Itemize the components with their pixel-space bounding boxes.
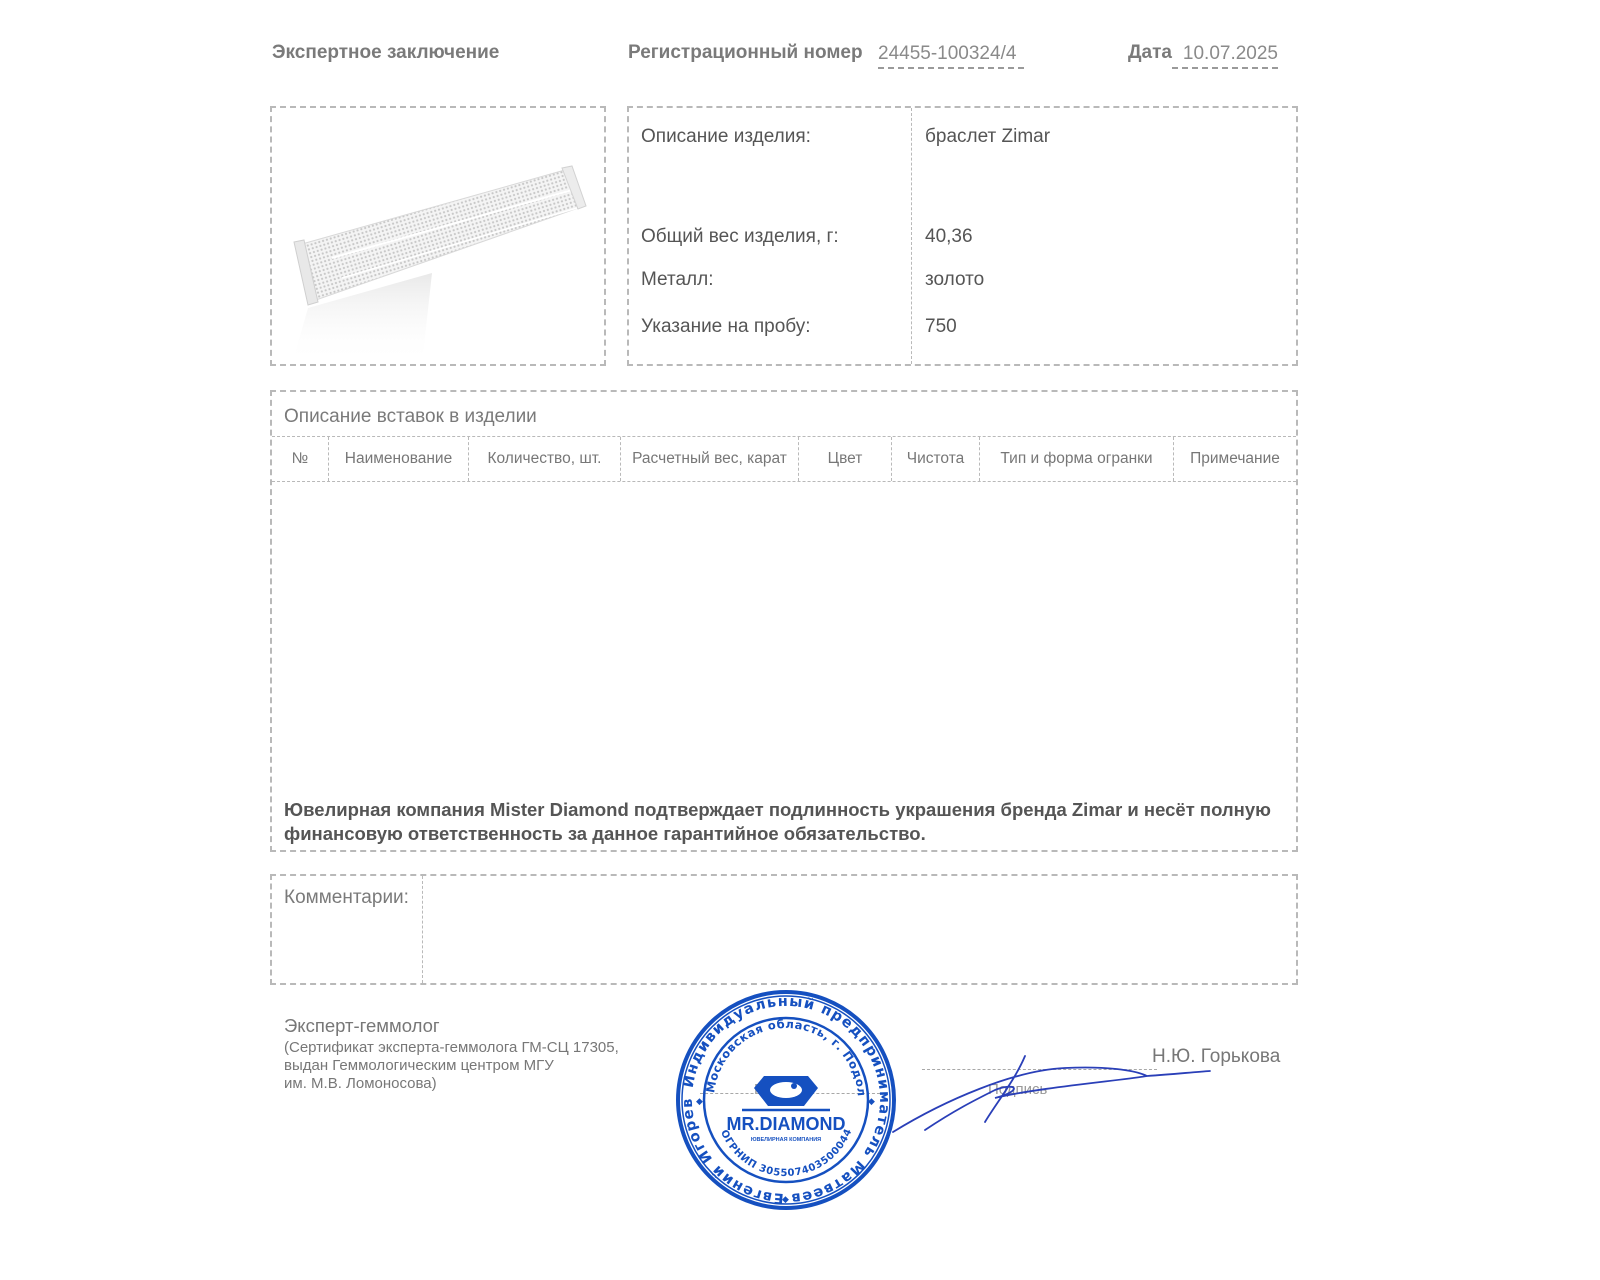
col-color: Цвет <box>798 437 891 481</box>
inserts-section: Описание вставок в изделии № Наименовани… <box>270 390 1298 852</box>
value-description: браслет Zimar <box>925 126 1050 148</box>
label-total-weight: Общий вес изделия, г: <box>641 226 839 248</box>
expert-cert-line2: выдан Геммологическим центром МГУ <box>284 1056 554 1075</box>
signature-scribble <box>885 1050 1215 1140</box>
product-details-table: Описание изделия: браслет Zimar Общий ве… <box>627 106 1298 366</box>
col-number: № <box>272 437 328 481</box>
comments-divider <box>422 876 423 983</box>
guarantee-statement: Ювелирная компания Mister Diamond подтве… <box>284 798 1289 846</box>
product-image-box <box>270 106 606 366</box>
svg-text:◆: ◆ <box>782 1194 789 1204</box>
date-label: Дата <box>1128 42 1172 64</box>
comments-section: Комментарии: <box>270 874 1298 985</box>
date-value: 10.07.2025 <box>1172 43 1278 69</box>
label-metal: Металл: <box>641 269 713 291</box>
label-hallmark: Указание на пробу: <box>641 316 811 338</box>
value-total-weight: 40,36 <box>925 226 973 248</box>
bracelet-image <box>272 108 604 364</box>
col-cut-type: Тип и форма огранки <box>979 437 1173 481</box>
column-divider <box>911 108 912 364</box>
reg-number-label: Регистрационный номер <box>628 42 863 64</box>
expert-cert-line3: им. М.В. Ломоносова) <box>284 1074 437 1093</box>
value-metal: золото <box>925 269 984 291</box>
svg-text:ЮВЕЛИРНАЯ КОМПАНИЯ: ЮВЕЛИРНАЯ КОМПАНИЯ <box>751 1137 821 1143</box>
svg-text:◆: ◆ <box>696 1096 703 1106</box>
comments-value <box>432 884 1292 976</box>
expert-title: Эксперт-геммолог <box>284 1015 440 1037</box>
inserts-table-body <box>272 482 1296 782</box>
col-note: Примечание <box>1173 437 1296 481</box>
reg-number-value: 24455-100324/4 <box>878 43 1024 69</box>
col-clarity: Чистота <box>891 437 979 481</box>
inserts-table-header: № Наименование Количество, шт. Расчетный… <box>272 436 1296 482</box>
label-description: Описание изделия: <box>641 126 811 148</box>
col-weight-carat: Расчетный вес, карат <box>620 437 798 481</box>
svg-text:ОГРНИП 305507403500044: ОГРНИП 305507403500044 <box>718 1127 854 1179</box>
inserts-title: Описание вставок в изделии <box>284 406 537 428</box>
value-hallmark: 750 <box>925 316 957 338</box>
document-title: Экспертное заключение <box>272 42 499 64</box>
diamond-logo-icon <box>742 1076 830 1110</box>
company-stamp: Индивидуальный предприниматель Матвеев Е… <box>674 988 898 1212</box>
col-quantity: Количество, шт. <box>468 437 620 481</box>
svg-text:◆: ◆ <box>868 1096 875 1106</box>
svg-text:MR.DIAMOND: MR.DIAMOND <box>727 1114 846 1134</box>
col-name: Наименование <box>328 437 468 481</box>
expert-cert-line1: (Сертификат эксперта-геммолога ГМ-СЦ 173… <box>284 1038 619 1057</box>
comments-label: Комментарии: <box>284 887 409 909</box>
